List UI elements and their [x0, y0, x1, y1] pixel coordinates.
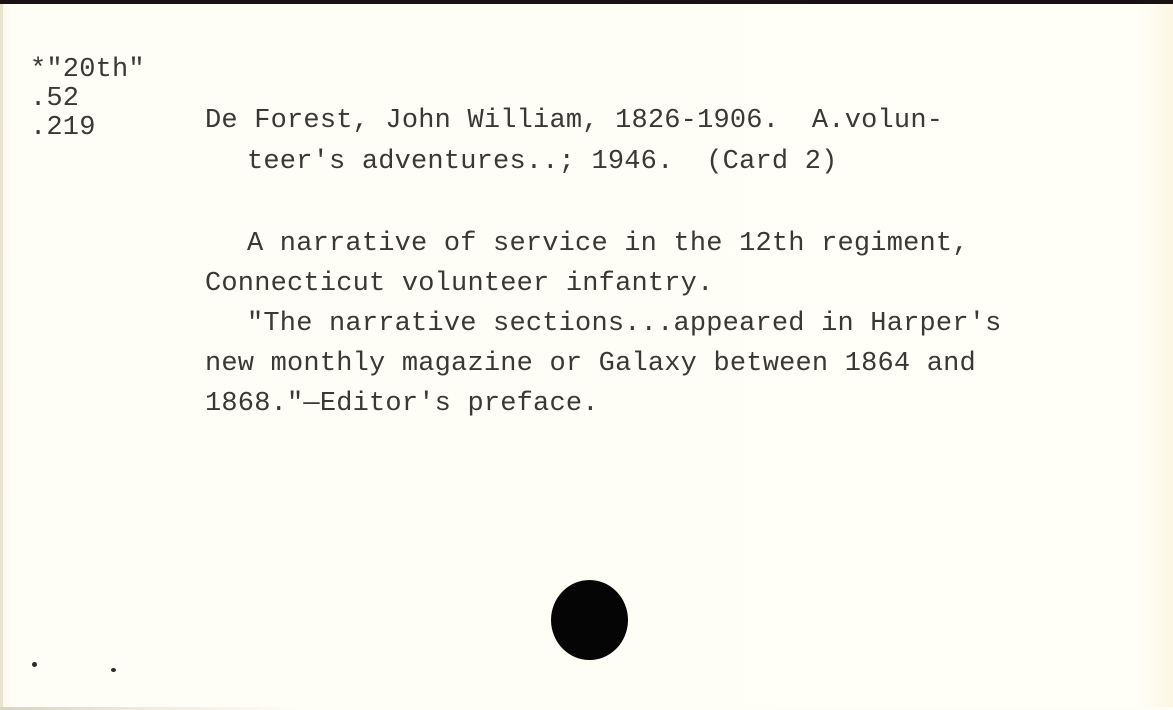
- heading-author-title: De Forest, John William, 1826-1906. A.vo…: [205, 101, 1125, 142]
- note-line: Connecticut volunteer infantry.: [205, 264, 1165, 304]
- card-notes: A narrative of service in the 12th regim…: [205, 224, 1165, 424]
- note-line: new monthly magazine or Galaxy between 1…: [205, 344, 1165, 384]
- ink-speck: [32, 662, 37, 667]
- call-number-line-2: .52: [30, 85, 145, 114]
- note-line: A narrative of service in the 12th regim…: [205, 224, 1165, 264]
- punch-hole: [551, 580, 628, 660]
- note-line: "The narrative sections...appeared in Ha…: [205, 304, 1165, 344]
- call-number-line-3: .219: [30, 114, 145, 143]
- call-number-line-1: *"20th": [30, 56, 145, 85]
- heading-title-continuation: teer's adventures..; 1946. (Card 2): [205, 142, 1125, 183]
- bibliographic-heading: De Forest, John William, 1826-1906. A.vo…: [205, 101, 1125, 183]
- ink-speck: [111, 668, 116, 672]
- call-number: *"20th" .52 .219: [30, 56, 145, 143]
- note-line: 1868."—Editor's preface.: [205, 384, 1165, 424]
- catalog-card: *"20th" .52 .219 De Forest, John William…: [0, 4, 1173, 710]
